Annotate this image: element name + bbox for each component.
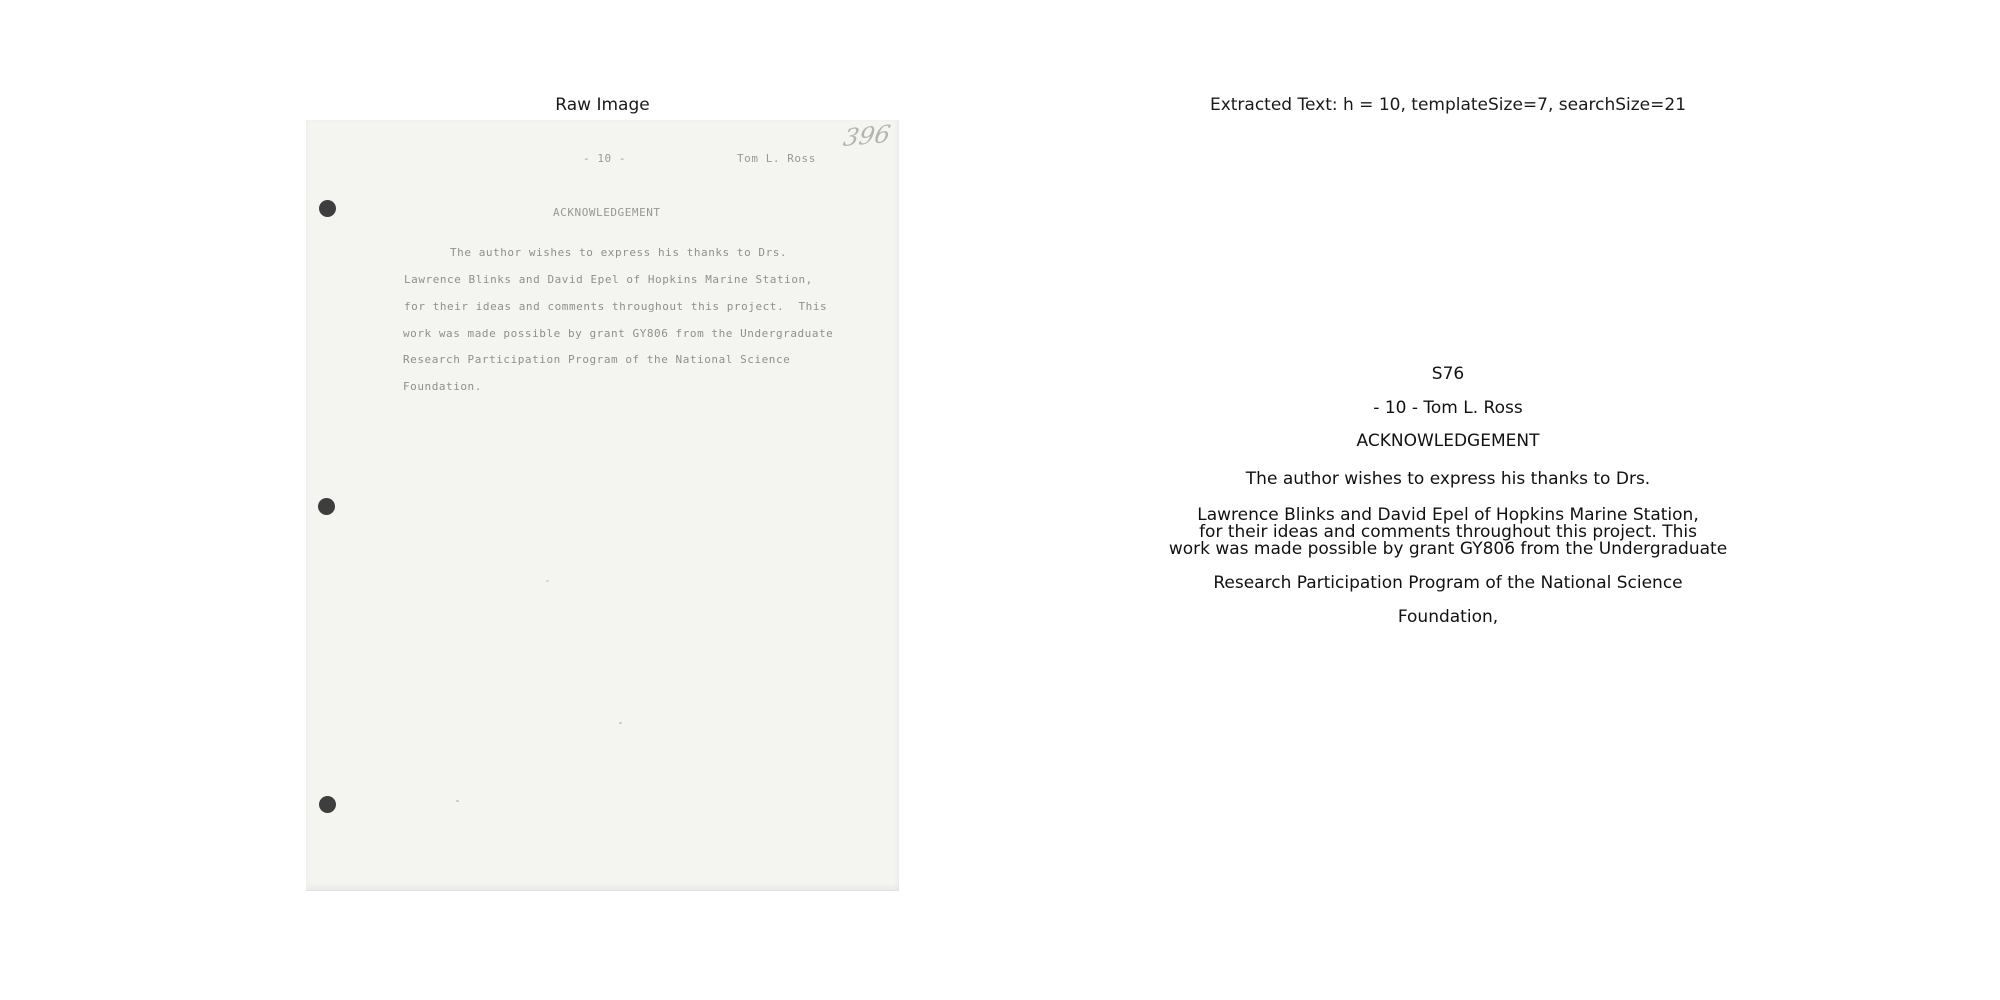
handwritten-page-number: 396	[841, 120, 892, 152]
extracted-line: Research Participation Program of the Na…	[1048, 572, 1848, 594]
paper-speck	[619, 722, 622, 724]
page-number-header: - 10 -	[583, 151, 626, 167]
hole-punch-top	[319, 200, 336, 217]
hole-punch-bottom	[319, 796, 336, 813]
raw-image-title: Raw Image	[306, 94, 899, 116]
scanned-document-page: 396 - 10 - Tom L. Ross ACKNOWLEDGEMENT T…	[306, 120, 899, 891]
body-line: for their ideas and comments throughout …	[404, 299, 827, 315]
paper-speck	[546, 580, 549, 582]
body-line: work was made possible by grant GY806 fr…	[403, 326, 833, 342]
hole-punch-middle	[318, 498, 335, 515]
acknowledgement-heading: ACKNOWLEDGEMENT	[553, 205, 661, 221]
body-line: Foundation.	[403, 379, 482, 395]
extracted-line: work was made possible by grant GY806 fr…	[1048, 538, 1848, 560]
extracted-text-title: Extracted Text: h = 10, templateSize=7, …	[1048, 94, 1848, 116]
extracted-line: - 10 - Tom L. Ross	[1048, 397, 1848, 419]
body-line: Research Participation Program of the Na…	[403, 352, 790, 368]
extracted-line: ACKNOWLEDGEMENT	[1048, 430, 1848, 452]
figure-canvas: Raw Image 396 - 10 - Tom L. Ross ACKNOWL…	[0, 0, 2000, 1000]
body-line: The author wishes to express his thanks …	[450, 245, 787, 261]
extracted-line: S76	[1048, 363, 1848, 385]
extracted-line: The author wishes to express his thanks …	[1048, 468, 1848, 490]
body-line: Lawrence Blinks and David Epel of Hopkin…	[404, 272, 813, 288]
extracted-line: Foundation,	[1048, 606, 1848, 628]
paper-speck	[456, 800, 459, 802]
author-name-header: Tom L. Ross	[737, 151, 816, 167]
